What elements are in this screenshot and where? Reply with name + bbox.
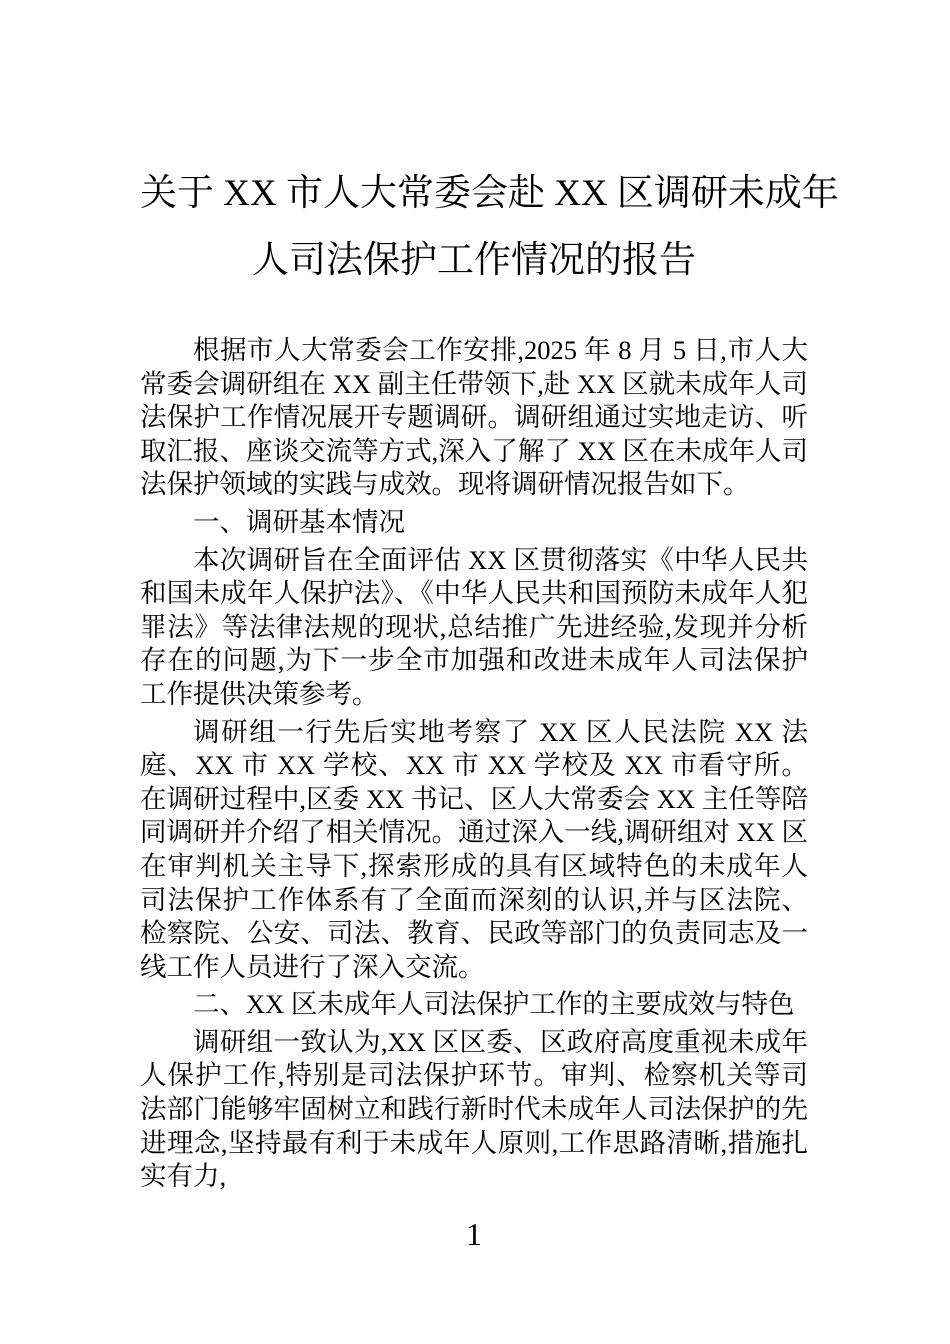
section-heading-1: 一、调研基本情况 [140,506,808,540]
paragraph-intro: 根据市人大常委会工作安排,2025 年 8 月 5 日,市人大常委会调研组在 X… [140,334,808,502]
document-title-line-2: 人司法保护工作情况的报告 [140,227,808,294]
section-heading-2: 二、XX 区未成年人司法保护工作的主要成效与特色 [140,988,808,1022]
document-title-line-1: 关于 XX 市人大常委会赴 XX 区调研未成年 [140,160,808,227]
document-page: 关于 XX 市人大常委会赴 XX 区调研未成年 人司法保护工作情况的报告 根据市… [0,0,950,1344]
page-number: 1 [140,1216,808,1253]
document-body: 根据市人大常委会工作安排,2025 年 8 月 5 日,市人大常委会调研组在 X… [140,334,808,1194]
document-title: 关于 XX 市人大常委会赴 XX 区调研未成年 人司法保护工作情况的报告 [140,160,808,294]
paragraph-survey-purpose: 本次调研旨在全面评估 XX 区贯彻落实《中华人民共和国未成年人保护法》、《中华人… [140,544,808,712]
paragraph-achievements: 调研组一致认为,XX 区区委、区政府高度重视未成年人保护工作,特别是司法保护环节… [140,1026,808,1194]
paragraph-survey-visits: 调研组一行先后实地考察了 XX 区人民法院 XX 法庭、XX 市 XX 学校、X… [140,716,808,985]
